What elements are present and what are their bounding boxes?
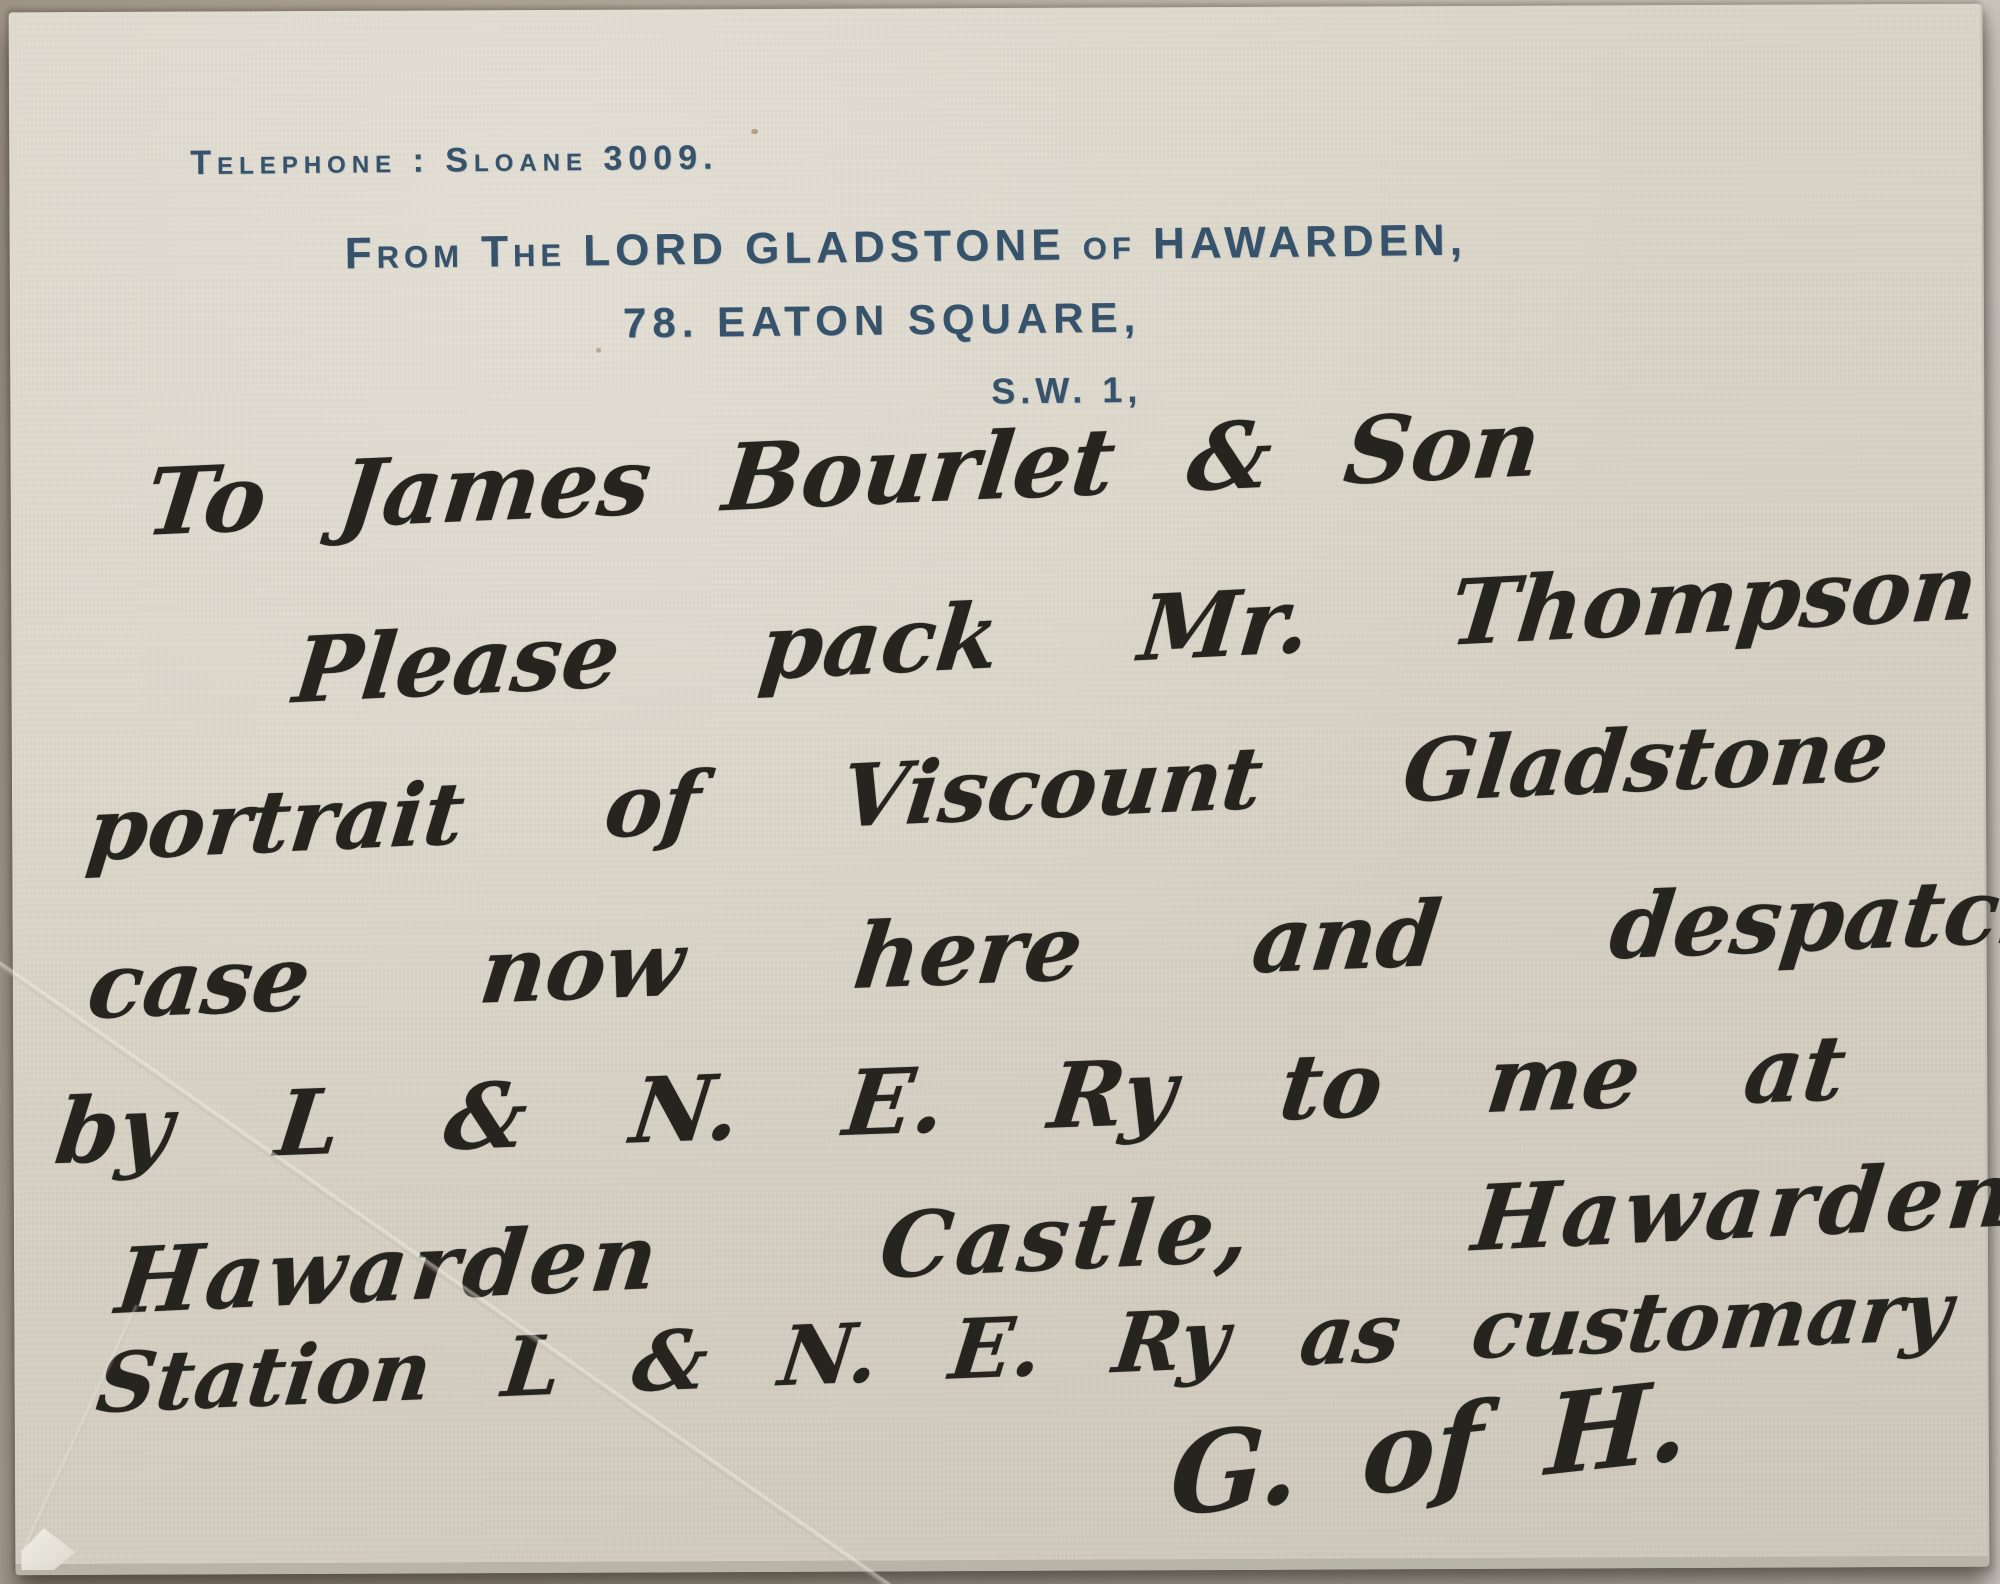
paper-speck [596,348,601,353]
paper-speck [751,129,758,134]
handwritten-line-4: case now here and despatch [83,864,2000,1032]
letterhead-address-line: 78. EATON SQUARE, [623,297,1142,345]
letterhead-from-line: From The LORD GLADSTONE of HAWARDEN, [344,219,1467,277]
signature: G. of H. [1168,1365,1690,1533]
letterhead-district-line: S.W. 1, [991,372,1142,410]
photo-background: Telephone : Sloane 3009. From The LORD G… [0,0,2000,1584]
note-card: Telephone : Sloane 3009. From The LORD G… [9,4,1990,1576]
letterhead-telephone-line: Telephone : Sloane 3009. [190,141,719,181]
handwritten-line-5: by L & N. E. Ry to me at [51,1023,1851,1177]
handwritten-line-3: portrait of Viscount Gladstone in [83,697,2000,874]
handwritten-line-1: To James Bourlet & Son [141,397,1545,549]
handwritten-line-2: Please pack Mr. Thompson [290,542,1982,716]
